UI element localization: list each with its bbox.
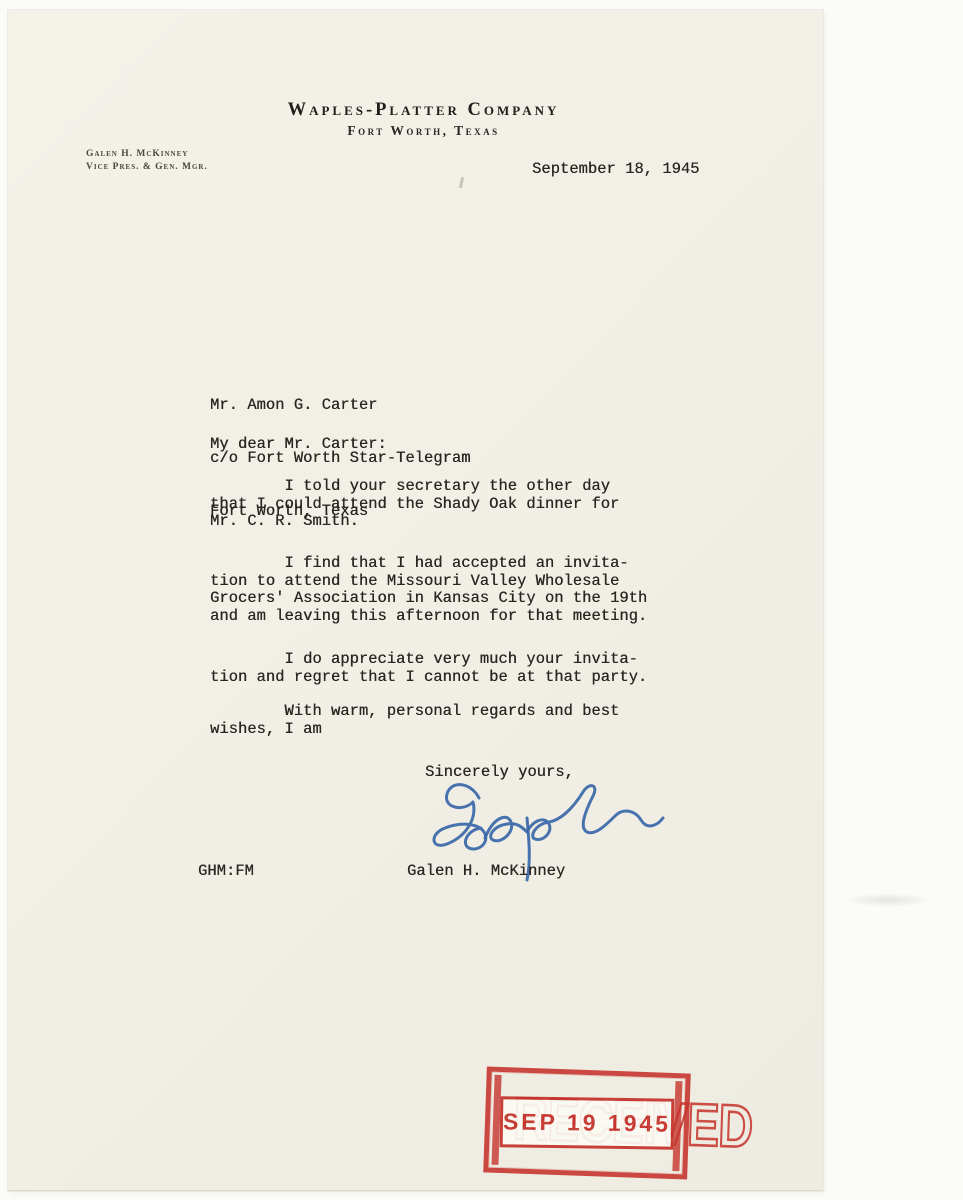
- date-line: September 18, 1945: [532, 161, 699, 179]
- reference-initials: GHM:FM: [198, 863, 254, 881]
- letterhead-company: Waples-Platter Company: [16, 100, 831, 121]
- body-paragraph-4: With warm, personal regards and best wis…: [210, 703, 619, 738]
- typed-signature-name: Galen H. McKinney: [407, 863, 565, 881]
- officer-title: Vice Pres. & Gen. Mgr.: [86, 161, 208, 174]
- stray-mark: [459, 177, 464, 188]
- recipient-line: Mr. Amon G. Carter: [210, 397, 470, 415]
- body-paragraph-3: I do appreciate very much your invita- t…: [210, 651, 647, 686]
- letterhead-officer-block: Galen H. McKinney Vice Pres. & Gen. Mgr.: [86, 148, 208, 174]
- received-stamp: RECEIVED SEP 19 1945: [483, 1066, 691, 1179]
- stamp-date: SEP 19 1945: [500, 1096, 675, 1149]
- letter-paper: Waples-Platter Company Fort Worth, Texas…: [8, 10, 823, 1191]
- body-paragraph-2: I find that I had accepted an invita- ti…: [210, 555, 647, 625]
- officer-name: Galen H. McKinney: [86, 148, 208, 161]
- salutation: My dear Mr. Carter:: [210, 436, 387, 454]
- scanned-letter: Waples-Platter Company Fort Worth, Texas…: [0, 0, 963, 1200]
- pencil-smudge: [843, 893, 933, 907]
- body-paragraph-1: I told your secretary the other day that…: [210, 478, 619, 531]
- letterhead-location: Fort Worth, Texas: [16, 123, 831, 139]
